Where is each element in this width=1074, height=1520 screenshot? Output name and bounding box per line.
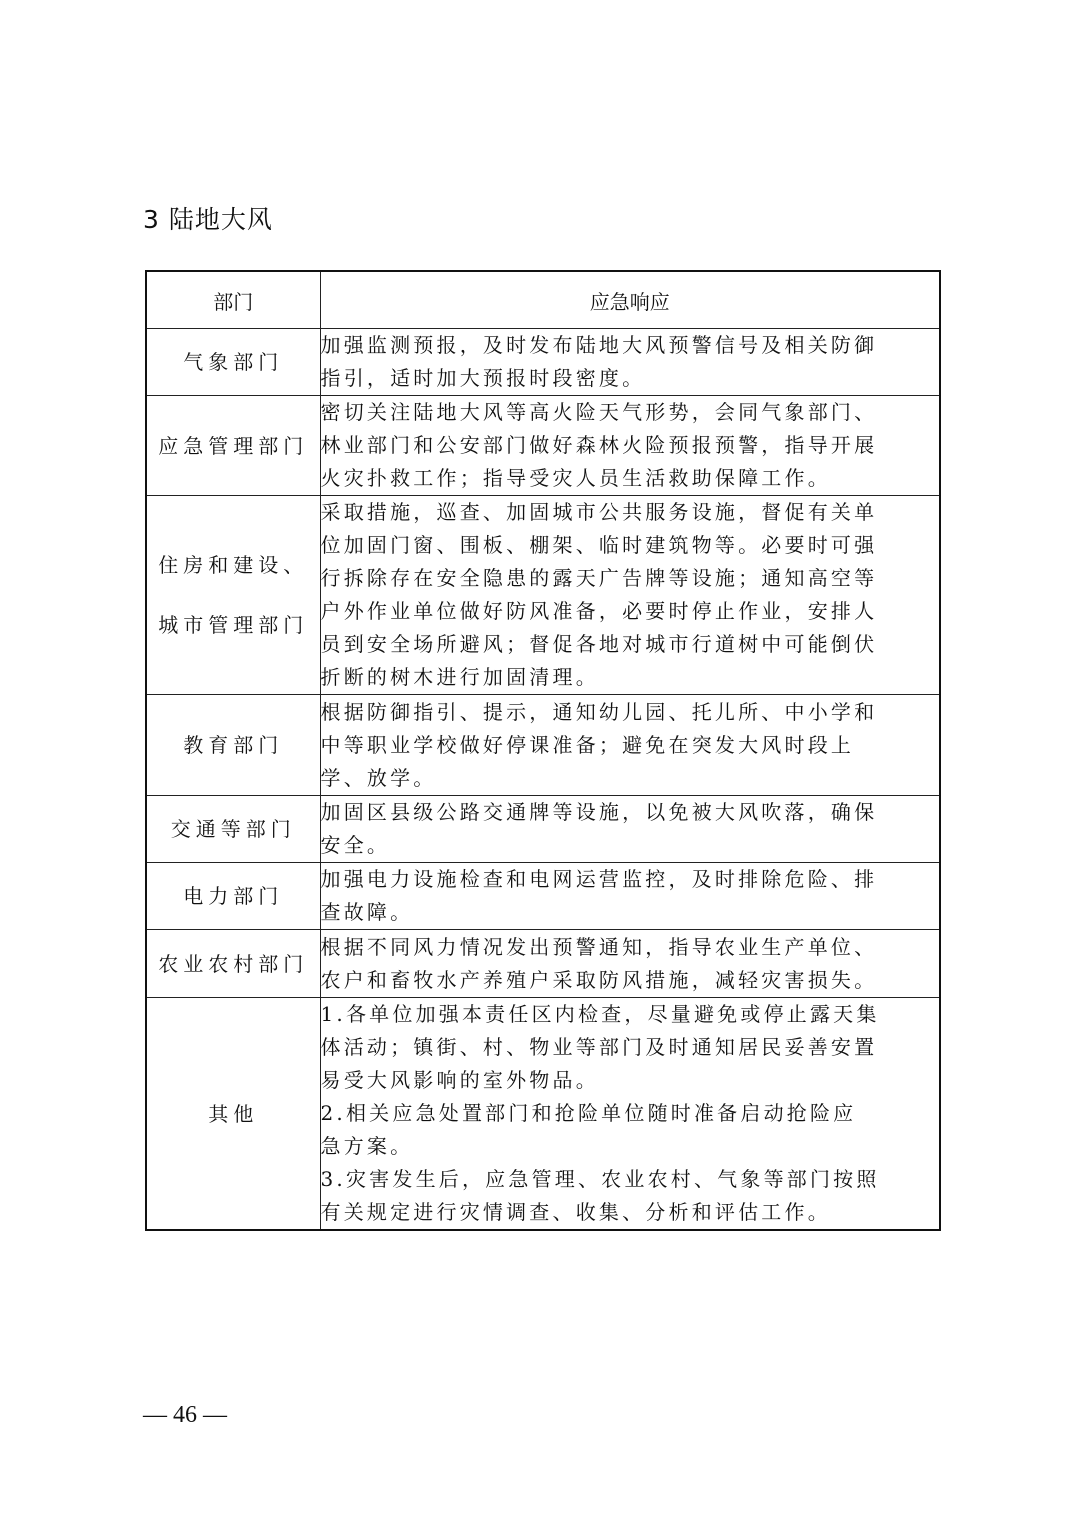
table-row: 应急管理部门密切关注陆地大风等高火险天气形势，会同气象部门、林业部门和公安部门做…: [146, 396, 940, 496]
department-cell: 住房和建设、城市管理部门: [146, 496, 320, 695]
response-cell: 密切关注陆地大风等高火险天气形势，会同气象部门、林业部门和公安部门做好森林火险预…: [320, 396, 940, 496]
response-line: 根据不同风力情况发出预警通知，指导农业生产单位、: [321, 931, 940, 964]
response-line: 户外作业单位做好防风准备，必要时停止作业，安排人: [321, 595, 940, 628]
table-row: 其他1.各单位加强本责任区内检查，尽量避免或停止露天集体活动；镇街、村、物业等部…: [146, 998, 940, 1231]
response-line: 指引，适时加大预报时段密度。: [321, 362, 940, 395]
response-cell: 1.各单位加强本责任区内检查，尽量避免或停止露天集体活动；镇街、村、物业等部门及…: [320, 998, 940, 1231]
table-header-row: 部门 应急响应: [146, 271, 940, 329]
table-row: 交通等部门加固区县级公路交通牌等设施，以免被大风吹落，确保安全。: [146, 796, 940, 863]
header-department: 部门: [146, 271, 320, 329]
response-line: 急方案。: [321, 1130, 940, 1163]
response-line: 3.灾害发生后，应急管理、农业农村、气象等部门按照: [321, 1163, 940, 1196]
response-cell: 根据防御指引、提示，通知幼儿园、托儿所、中小学和中等职业学校做好停课准备；避免在…: [320, 695, 940, 796]
table-row: 农业农村部门根据不同风力情况发出预警通知，指导农业生产单位、农户和畜牧水产养殖户…: [146, 930, 940, 998]
department-name: 城市管理部门: [147, 595, 320, 655]
department-name: 教育部门: [147, 715, 320, 775]
department-cell: 其他: [146, 998, 320, 1231]
department-name: 气象部门: [147, 332, 320, 392]
table-row: 教育部门根据防御指引、提示，通知幼儿园、托儿所、中小学和中等职业学校做好停课准备…: [146, 695, 940, 796]
page-number: — 46 —: [143, 1402, 227, 1429]
department-cell: 交通等部门: [146, 796, 320, 863]
response-line: 加强电力设施检查和电网运营监控，及时排除危险、排: [321, 863, 940, 896]
response-cell: 采取措施，巡查、加固城市公共服务设施，督促有关单位加固门窗、围板、棚架、临时建筑…: [320, 496, 940, 695]
department-name: 其他: [147, 1084, 320, 1144]
department-cell: 应急管理部门: [146, 396, 320, 496]
response-line: 查故障。: [321, 896, 940, 929]
response-line: 折断的树木进行加固清理。: [321, 661, 940, 694]
response-line: 火灾扑救工作；指导受灾人员生活救助保障工作。: [321, 462, 940, 495]
response-line: 有关规定进行灾情调查、收集、分析和评估工作。: [321, 1196, 940, 1229]
department-name: 交通等部门: [147, 799, 320, 859]
table-row: 气象部门加强监测预报，及时发布陆地大风预警信号及相关防御指引，适时加大预报时段密…: [146, 329, 940, 396]
response-cell: 加强监测预报，及时发布陆地大风预警信号及相关防御指引，适时加大预报时段密度。: [320, 329, 940, 396]
response-line: 1.各单位加强本责任区内检查，尽量避免或停止露天集: [321, 998, 940, 1031]
header-response: 应急响应: [320, 271, 940, 329]
response-line: 2.相关应急处置部门和抢险单位随时准备启动抢险应: [321, 1097, 940, 1130]
response-line: 密切关注陆地大风等高火险天气形势，会同气象部门、: [321, 396, 940, 429]
department-name: 应急管理部门: [147, 416, 320, 476]
response-line: 易受大风影响的室外物品。: [321, 1064, 940, 1097]
response-line: 林业部门和公安部门做好森林火险预报预警，指导开展: [321, 429, 940, 462]
response-line: 农户和畜牧水产养殖户采取防风措施，减轻灾害损失。: [321, 964, 940, 997]
department-cell: 农业农村部门: [146, 930, 320, 998]
emergency-response-table: 部门 应急响应 气象部门加强监测预报，及时发布陆地大风预警信号及相关防御指引，适…: [145, 270, 941, 1231]
response-line: 根据防御指引、提示，通知幼儿园、托儿所、中小学和: [321, 696, 940, 729]
response-cell: 加强电力设施检查和电网运营监控，及时排除危险、排查故障。: [320, 863, 940, 930]
response-line: 员到安全场所避风；督促各地对城市行道树中可能倒伏: [321, 628, 940, 661]
response-line: 安全。: [321, 829, 940, 862]
response-line: 加固区县级公路交通牌等设施，以免被大风吹落，确保: [321, 796, 940, 829]
table-row: 住房和建设、城市管理部门采取措施，巡查、加固城市公共服务设施，督促有关单位加固门…: [146, 496, 940, 695]
table-row: 电力部门加强电力设施检查和电网运营监控，及时排除危险、排查故障。: [146, 863, 940, 930]
department-cell: 教育部门: [146, 695, 320, 796]
response-line: 中等职业学校做好停课准备；避免在突发大风时段上: [321, 729, 940, 762]
response-cell: 加固区县级公路交通牌等设施，以免被大风吹落，确保安全。: [320, 796, 940, 863]
response-line: 采取措施，巡查、加固城市公共服务设施，督促有关单: [321, 496, 940, 529]
response-line: 学、放学。: [321, 762, 940, 795]
response-line: 位加固门窗、围板、棚架、临时建筑物等。必要时可强: [321, 529, 940, 562]
response-cell: 根据不同风力情况发出预警通知，指导农业生产单位、农户和畜牧水产养殖户采取防风措施…: [320, 930, 940, 998]
department-cell: 电力部门: [146, 863, 320, 930]
response-line: 体活动；镇街、村、物业等部门及时通知居民妥善安置: [321, 1031, 940, 1064]
department-cell: 气象部门: [146, 329, 320, 396]
department-name: 住房和建设、: [147, 535, 320, 595]
department-name: 电力部门: [147, 866, 320, 926]
response-line: 加强监测预报，及时发布陆地大风预警信号及相关防御: [321, 329, 940, 362]
department-name: 农业农村部门: [147, 934, 320, 994]
response-line: 行拆除存在安全隐患的露天广告牌等设施；通知高空等: [321, 562, 940, 595]
section-title: 3 陆地大风: [143, 200, 273, 236]
